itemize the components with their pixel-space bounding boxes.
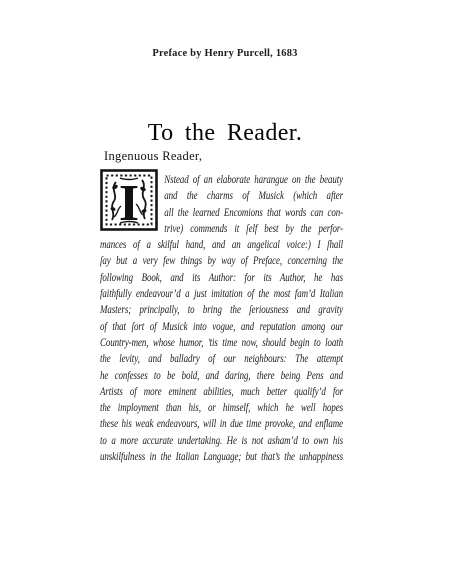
body-line: faithfully endeavour’d a just imitation … [100,286,343,302]
body-line: Artists of more eminent abilities, much … [100,384,343,400]
body-line: all the learned Encomions that words can… [100,205,343,221]
body-line: ſay but a very few things by way of Pref… [100,253,343,269]
body-line: these his weak endeavours, will in due t… [100,416,343,432]
body-line: and the charms of Musick (which after [100,188,343,204]
salutation: Ingenuous Reader, [104,149,202,164]
body-line: of that ſort of Musick into vogue, and r… [100,319,343,335]
page-caption: Preface by Henry Purcell, 1683 [0,48,450,59]
body-line: the levity, and balladry of our neighbou… [100,351,343,367]
body-line: Masters; principally, to bring the ſerio… [100,302,343,318]
page-title: To the Reader. [0,119,450,147]
body-line: to a more accurate undertaking. He is no… [100,433,343,449]
body-line: trive) commends it ſelf best by the perf… [100,221,343,237]
body-line: Country-men, whose humor, ’tis time now,… [100,335,343,351]
preface-body: Nstead of an elaborate harangue on the b… [100,172,343,465]
body-line: Nstead of an elaborate harangue on the b… [100,172,343,188]
body-line: mances of a skilful hand, and an angelic… [100,237,343,253]
body-line: unskilfulness in the Italian Language; b… [100,449,343,465]
body-line: he confesses to be bold, and daring, the… [100,368,343,384]
body-line: following Book, and its Author: for its … [100,270,343,286]
body-line: the imployment than his, or himself, whi… [100,400,343,416]
scanned-page: Preface by Henry Purcell, 1683 To the Re… [0,0,450,582]
